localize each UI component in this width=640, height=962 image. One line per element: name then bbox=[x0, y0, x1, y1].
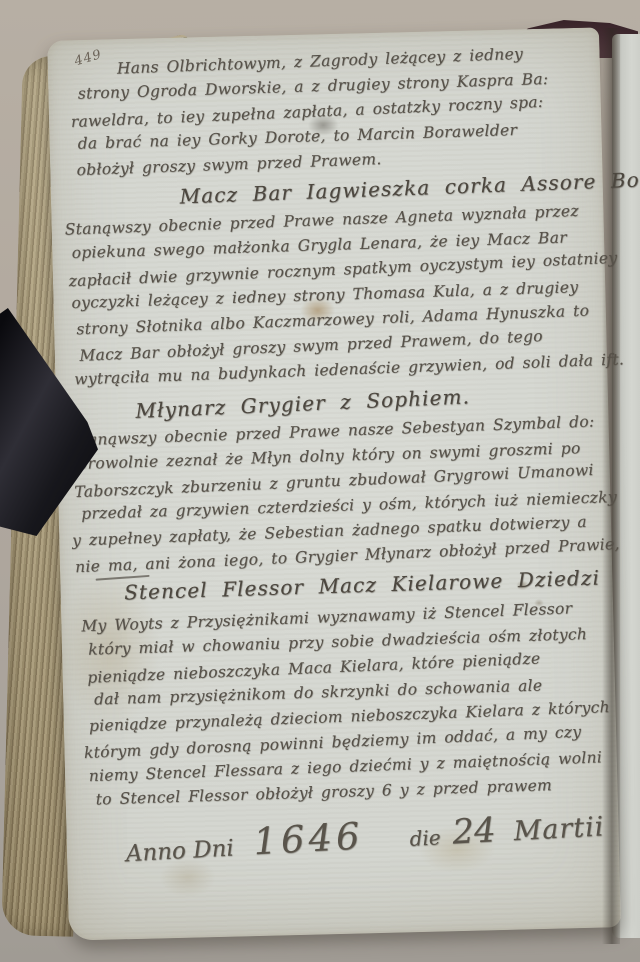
manuscript-text: 449 Hans Olbrichtowym, z Zagrody leżącey… bbox=[56, 25, 634, 868]
month-value: Martii bbox=[513, 811, 605, 847]
entry-hans-olbrichtowym: Hans Olbrichtowym, z Zagrody leżącey z i… bbox=[57, 39, 609, 184]
year-value: 1646 bbox=[252, 814, 364, 863]
anno-domini-label: Anno Dni bbox=[125, 835, 234, 867]
entry-mlynarz-grygier: Stanąwszy obecnie przed Prawe nasze Sebe… bbox=[70, 409, 623, 579]
entry-stencel-flessor: My Woyts z Przysiężnikami wyznawamy iż S… bbox=[77, 594, 632, 814]
die-label: die bbox=[409, 825, 441, 851]
manuscript-photo: 449 Hans Olbrichtowym, z Zagrody leżącey… bbox=[0, 0, 640, 962]
day-value: 24 bbox=[451, 810, 496, 852]
entry-macz-bar: Stanąwszy obecnie przed Prawe nasze Agne… bbox=[62, 198, 616, 393]
